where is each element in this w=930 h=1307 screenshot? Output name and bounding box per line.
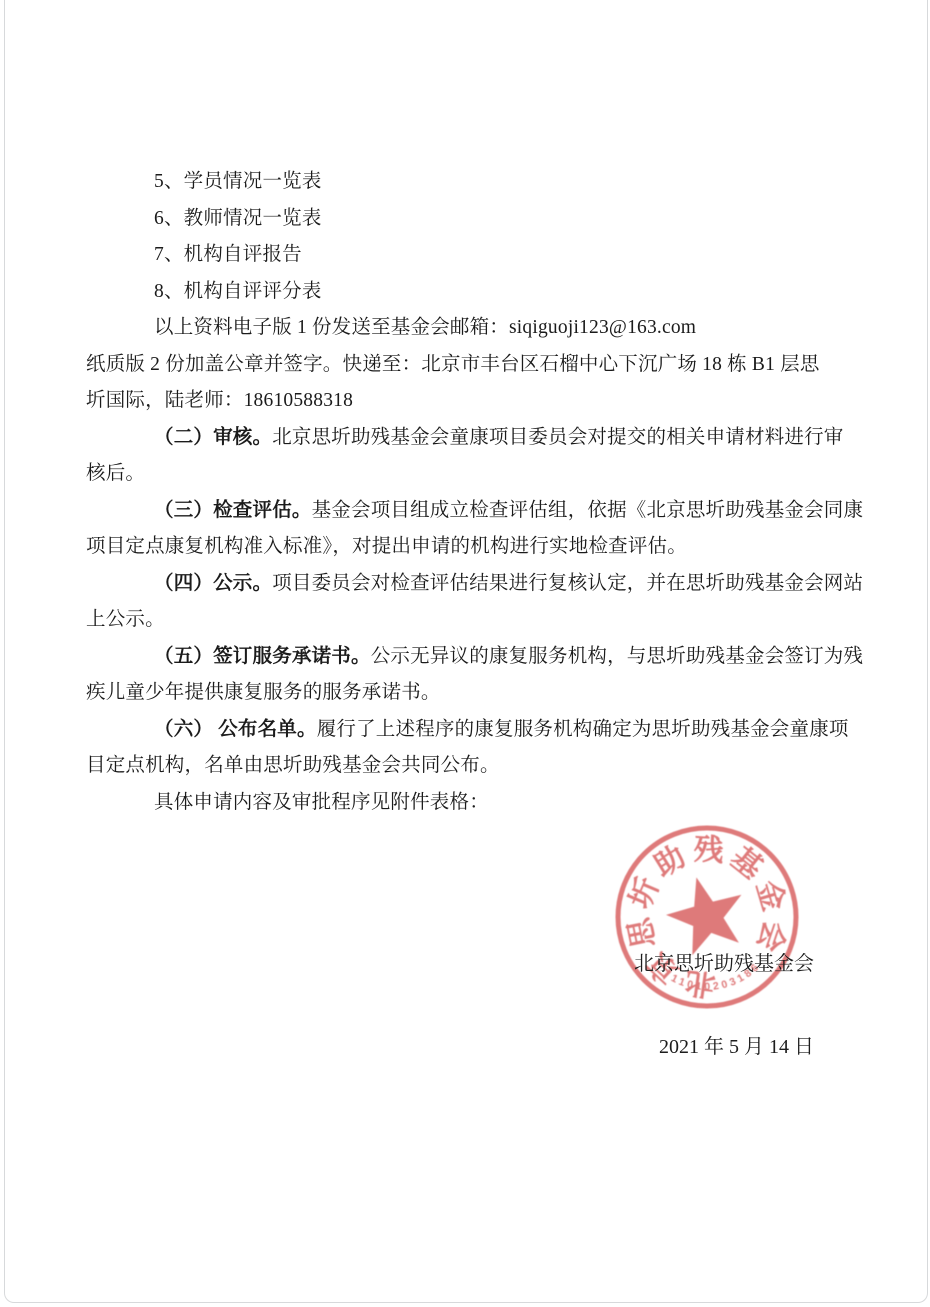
section-line: （二）审核。北京思圻助残基金会童康项目委员会对提交的相关申请材料进行审	[86, 420, 866, 457]
section-heading: （四）公示。	[154, 573, 272, 594]
text-segment: 以上资料电子版 1 份发送至基金会邮箱：siqiguoji123@163.com	[154, 317, 696, 338]
list-item: 8、机构自评评分表	[86, 274, 866, 311]
text-segment: 上公示。	[86, 609, 165, 630]
list-item: 7、机构自评报告	[86, 237, 866, 274]
section-line: （五）签订服务承诺书。公示无异议的康复服务机构，与思圻助残基金会签订为残	[86, 639, 866, 676]
text-segment: 7、机构自评报告	[154, 244, 302, 265]
list-item: 6、教师情况一览表	[86, 201, 866, 238]
text-line: 项目定点康复机构准入标准》，对提出申请的机构进行实地检查评估。	[86, 529, 866, 566]
text-segment: 5、学员情况一览表	[154, 171, 322, 192]
section-heading: （二）审核。	[154, 427, 272, 448]
text-segment: 项目委员会对检查评估结果进行复核认定，并在思圻助残基金会网站	[272, 573, 863, 594]
list-item: 5、学员情况一览表	[86, 164, 866, 201]
text-segment: 目定点机构，名单由思圻助残基金会共同公布。	[86, 755, 500, 776]
text-segment: 公示无异议的康复服务机构，与思圻助残基金会签订为残	[371, 646, 864, 667]
signature-org: 北京思圻助残基金会	[634, 951, 814, 979]
text-segment: 8、机构自评评分表	[154, 281, 322, 302]
section-line: （六） 公布名单。履行了上述程序的康复服务机构确定为思圻助残基金会童康项	[86, 712, 866, 749]
text-line: 纸质版 2 份加盖公章并签字。快递至：北京市丰台区石榴中心下沉广场 18 栋 B…	[86, 347, 866, 384]
section-line: （四）公示。项目委员会对检查评估结果进行复核认定，并在思圻助残基金会网站	[86, 566, 866, 603]
text-line: 以上资料电子版 1 份发送至基金会邮箱：siqiguoji123@163.com	[86, 310, 866, 347]
text-line: 圻国际，陆老师：18610588318	[86, 383, 866, 420]
text-line: 核后。	[86, 456, 866, 493]
signature-block: 北京思圻助残基金会 2021 年 5 月 14 日	[634, 896, 814, 1116]
text-segment: 项目定点康复机构准入标准》，对提出申请的机构进行实地检查评估。	[86, 536, 687, 557]
text-segment: 核后。	[86, 463, 145, 484]
text-line: 疾儿童少年提供康复服务的服务承诺书。	[86, 675, 866, 712]
section-heading: （五）签订服务承诺书。	[154, 646, 371, 667]
text-segment: 圻国际，陆老师：18610588318	[86, 390, 353, 411]
section-line: （三）检查评估。基金会项目组成立检查评估组，依据《北京思圻助残基金会同康	[86, 493, 866, 530]
text-segment: 6、教师情况一览表	[154, 208, 322, 229]
section-heading: （六） 公布名单。	[154, 719, 317, 740]
text-line: 上公示。	[86, 602, 866, 639]
document-body: 5、学员情况一览表 6、教师情况一览表 7、机构自评报告 8、机构自评评分表 以…	[86, 164, 866, 821]
signature-date: 2021 年 5 月 14 日	[634, 1034, 814, 1062]
text-segment: 北京思圻助残基金会童康项目委员会对提交的相关申请材料进行审	[272, 427, 843, 448]
section-heading: （三）检查评估。	[154, 500, 312, 521]
text-segment: 履行了上述程序的康复服务机构确定为思圻助残基金会童康项	[317, 719, 849, 740]
text-segment: 基金会项目组成立检查评估组，依据《北京思圻助残基金会同康	[312, 500, 864, 521]
text-segment: 纸质版 2 份加盖公章并签字。快递至：北京市丰台区石榴中心下沉广场 18 栋 B…	[86, 354, 820, 375]
text-line: 目定点机构，名单由思圻助残基金会共同公布。	[86, 748, 866, 785]
document-page: 5、学员情况一览表 6、教师情况一览表 7、机构自评报告 8、机构自评评分表 以…	[4, 0, 928, 1303]
text-segment: 具体申请内容及审批程序见附件表格：	[154, 792, 489, 813]
text-segment: 疾儿童少年提供康复服务的服务承诺书。	[86, 682, 441, 703]
